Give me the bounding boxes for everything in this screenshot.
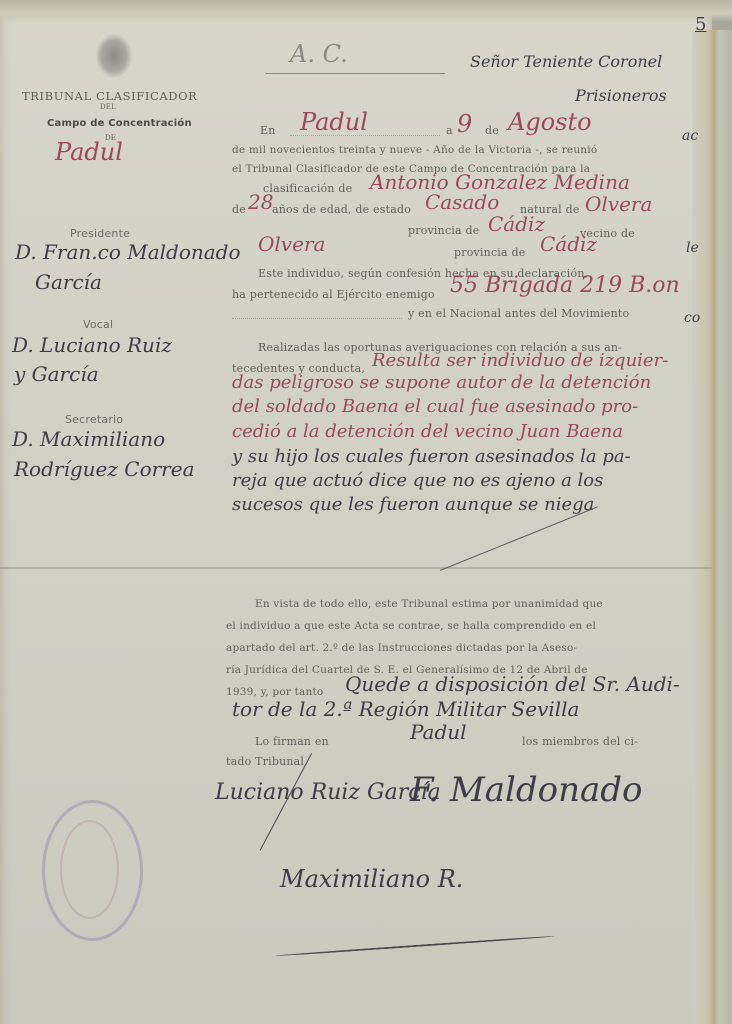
- clasificacion-label: clasificación de: [263, 182, 352, 195]
- note-line-1: Señor Teniente Coronel: [470, 52, 662, 71]
- birth-province: Cádiz: [488, 212, 545, 236]
- torn-top-edge: [0, 0, 732, 22]
- resolution-line-1: Quede a disposición del Sr. Audi-: [345, 672, 680, 696]
- vocal-label: Vocal: [83, 318, 113, 331]
- age-field: 28: [248, 190, 273, 214]
- secretario-label: Secretario: [65, 413, 123, 426]
- header-campo: Campo de Concentración: [47, 118, 192, 129]
- conduct-line-5: y su hijo los cuales fueron asesinados l…: [232, 446, 631, 467]
- secretario-name: D. Maximiliano: [12, 427, 165, 451]
- pencil-underline: [265, 73, 445, 74]
- conduct-line-7: sucesos que les fueron aunque se niega: [232, 494, 594, 515]
- firman-line-2: tado Tribunal.: [226, 755, 308, 768]
- army-unit: 55 Brigada 219 B.on: [450, 273, 680, 298]
- birthplace: Olvera: [585, 192, 652, 216]
- year-line: de mil novecientos treinta y nueve - Año…: [232, 144, 597, 156]
- conduct-line-6: reja que actuó dice que no es ajeno a lo…: [232, 470, 603, 491]
- nacional-label: y en el Nacional antes del Movimiento: [408, 307, 629, 320]
- ink-stamp-inner: [60, 820, 119, 919]
- signature-secretario: Maximiliano R.: [280, 865, 463, 893]
- place-line: [290, 135, 440, 136]
- pencil-reference: A. C.: [290, 40, 348, 68]
- secretario-surname: Rodríguez Correa: [14, 457, 195, 481]
- provincia-label: provincia de: [408, 224, 479, 237]
- page-number: 5: [695, 14, 706, 35]
- en-label: En: [260, 124, 276, 137]
- vista-line-3: apartado del art. 2.º de las Instruccion…: [226, 642, 577, 654]
- margin-note-2: le: [686, 240, 699, 256]
- signature-vocal: Luciano Ruiz García: [215, 780, 441, 805]
- vista-line-2: el individuo a que este Acta se contrae,…: [226, 620, 596, 632]
- conduct-line-4: cedió a la detención del vecino Juan Bae…: [232, 421, 623, 442]
- de-label: de: [485, 124, 499, 137]
- day-field: 9: [457, 110, 472, 138]
- prisoner-name: Antonio Gonzalez Medina: [370, 170, 630, 194]
- firman-suffix: los miembros del ci-: [522, 735, 638, 748]
- month-field: Agosto: [508, 108, 592, 136]
- attached-page-edge: [692, 30, 732, 1024]
- place-field: Padul: [300, 108, 368, 136]
- conduct-line-2: das peligroso se supone autor de la dete…: [232, 372, 651, 393]
- paper-fold: [0, 567, 712, 569]
- header-del: DEL: [100, 103, 116, 111]
- firman-label: Lo firman en: [255, 735, 329, 748]
- margin-note-1: ac: [682, 128, 698, 144]
- a-label: a: [446, 124, 453, 137]
- header-tribunal: TRIBUNAL CLASIFICADOR: [22, 89, 197, 103]
- civil-status: Casado: [425, 190, 499, 214]
- camp-name: Padul: [55, 138, 123, 166]
- presidente-surname: García: [35, 270, 102, 294]
- margin-note-3: co: [684, 310, 700, 326]
- resolution-line-2: tor de la 2.ª Región Militar Sevilla: [232, 697, 579, 721]
- coat-of-arms-icon: [96, 34, 132, 78]
- vocal-name: D. Luciano Ruiz: [12, 333, 172, 357]
- signature-presidente: F. Maldonado: [410, 770, 643, 810]
- nacional-line: [232, 318, 402, 319]
- age-de-label: de: [232, 203, 246, 216]
- conduct-line-3: del soldado Baena el cual fue asesinado …: [232, 396, 638, 417]
- vocal-surname: y García: [14, 362, 99, 386]
- conduct-line-1: Resulta ser individuo de izquier-: [372, 350, 668, 371]
- firman-place: Padul: [410, 720, 467, 744]
- residence-province: Cádiz: [540, 232, 597, 256]
- note-line-2: Prisioneros: [575, 86, 667, 105]
- presidente-name: D. Fran.co Maldonado: [15, 240, 241, 264]
- presidente-label: Presidente: [70, 227, 130, 240]
- ejercito-label: ha pertenecido al Ejército enemigo: [232, 288, 435, 301]
- residence: Olvera: [258, 232, 325, 256]
- vista-line-1: En vista de todo ello, este Tribunal est…: [255, 598, 603, 610]
- age-suffix: años de edad, de estado: [272, 203, 411, 216]
- provincia-label-2: provincia de: [454, 246, 525, 259]
